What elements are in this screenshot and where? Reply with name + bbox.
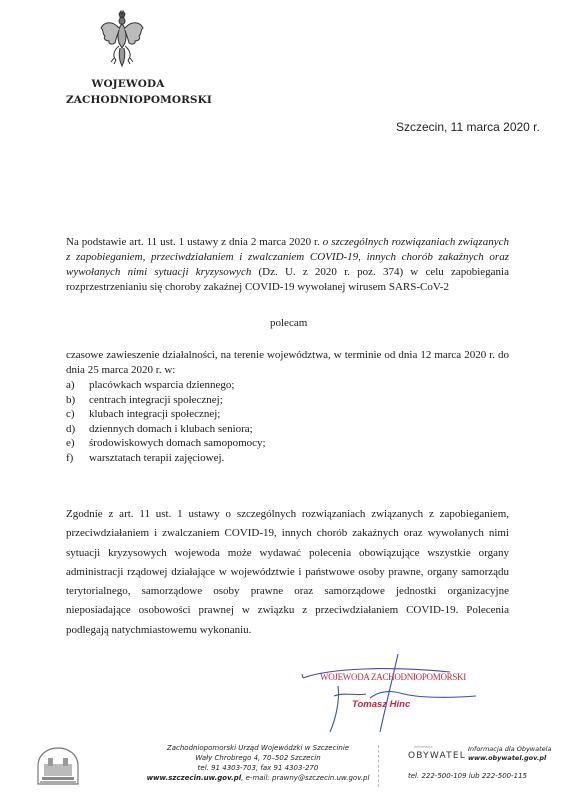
- list-item: f)warsztatach terapii zajęciowej.: [66, 451, 266, 466]
- obywatel-website-link[interactable]: www.obywatel.gov.pl: [468, 754, 546, 762]
- intro-line: Na podstawie art. 11 ust. 1 ustawy z dni…: [66, 235, 509, 250]
- decree-word: polecam: [270, 317, 307, 329]
- office-contact: Zachodniopomorski Urząd Wojewódzki w Szc…: [140, 743, 376, 783]
- office-building-logo-icon: [36, 746, 80, 786]
- obywatel-logo: OBYWATEL: [408, 751, 466, 761]
- signature-stamp-title: WOJEWODA ZACHODNIOPOMORSKI: [320, 672, 466, 682]
- obywatel-info-label: Informacja dla Obywatela: [468, 745, 551, 754]
- intro-line: wywołanych nimi sytuacji kryzysowych (Dz…: [66, 265, 509, 280]
- obywatel-caption: informacja: [414, 745, 433, 749]
- polish-eagle-emblem-icon: [98, 10, 146, 68]
- list-item: b)centrach integracji społecznej;: [66, 393, 266, 408]
- intro-line: z zapobieganiem, przeciwdziałaniem i zwa…: [66, 250, 509, 265]
- intro-paragraph: Na podstawie art. 11 ust. 1 ustawy z dni…: [66, 235, 509, 295]
- legal-basis-paragraph: Zgodnie z art. 11 ust. 1 ustawy o szczeg…: [66, 505, 509, 640]
- issuer-title-line1: WOJEWODA: [66, 76, 190, 92]
- obywatel-phone: tel. 222-500-109 lub 222-500-115: [408, 772, 527, 780]
- office-website-link[interactable]: www.szczecin.uw.gov.pl: [147, 774, 242, 782]
- handwritten-signature-icon: [300, 652, 480, 736]
- place-date: Szczecin, 11 marca 2020 r.: [396, 120, 540, 134]
- legal-line: Zgodnie z art. 11 ust. 1 ustawy o szczeg…: [66, 505, 509, 524]
- issuer-title-line2: ZACHODNIOPOMORSKI: [66, 92, 190, 108]
- facility-list: a)placówkach wsparcia dziennego; b)centr…: [66, 378, 266, 465]
- intro-line: rozprzestrzenianiu się choroby zakaźnej …: [66, 280, 509, 295]
- footer-divider: [378, 745, 380, 787]
- office-address: Wały Chrobrego 4, 70–502 Szczecin: [140, 753, 376, 763]
- legal-line: przeciwdziałaniem i zwalczaniem COVID-19…: [66, 524, 509, 543]
- signatory-name: Tomasz Hinc: [352, 699, 410, 710]
- legal-line: administracji rządowej działające w woje…: [66, 563, 509, 582]
- office-name: Zachodniopomorski Urząd Wojewódzki w Szc…: [140, 743, 376, 753]
- list-item: e)środowiskowych domach samopomocy;: [66, 436, 266, 451]
- legal-line: podlegają natychmiastowemu wykonaniu.: [66, 621, 509, 640]
- obywatel-info: Informacja dla Obywatela www.obywatel.go…: [468, 745, 551, 763]
- office-phone-fax: tel. 91 4303-703, fax 91 4303-270: [140, 763, 376, 773]
- list-item: a)placówkach wsparcia dziennego;: [66, 378, 266, 393]
- issuer-title: WOJEWODA ZACHODNIOPOMORSKI: [66, 76, 190, 108]
- legal-line: nieposiadające osobowości prawnej w zwią…: [66, 601, 509, 620]
- suspension-paragraph: czasowe zawieszenie działalności, na ter…: [66, 348, 509, 378]
- list-item: d)dziennych domach i klubach seniora;: [66, 422, 266, 437]
- list-item: c)klubach integracji społecznej;: [66, 407, 266, 422]
- legal-line: terytorialnego, samorządowe osoby prawne…: [66, 582, 509, 601]
- legal-line: sytuacji kryzysowych wojewoda może wydaw…: [66, 544, 509, 563]
- office-email-link[interactable]: prawny@szczecin.uw.gov.pl: [272, 774, 369, 782]
- office-web-email: www.szczecin.uw.gov.pl, e-mail: prawny@s…: [140, 773, 376, 783]
